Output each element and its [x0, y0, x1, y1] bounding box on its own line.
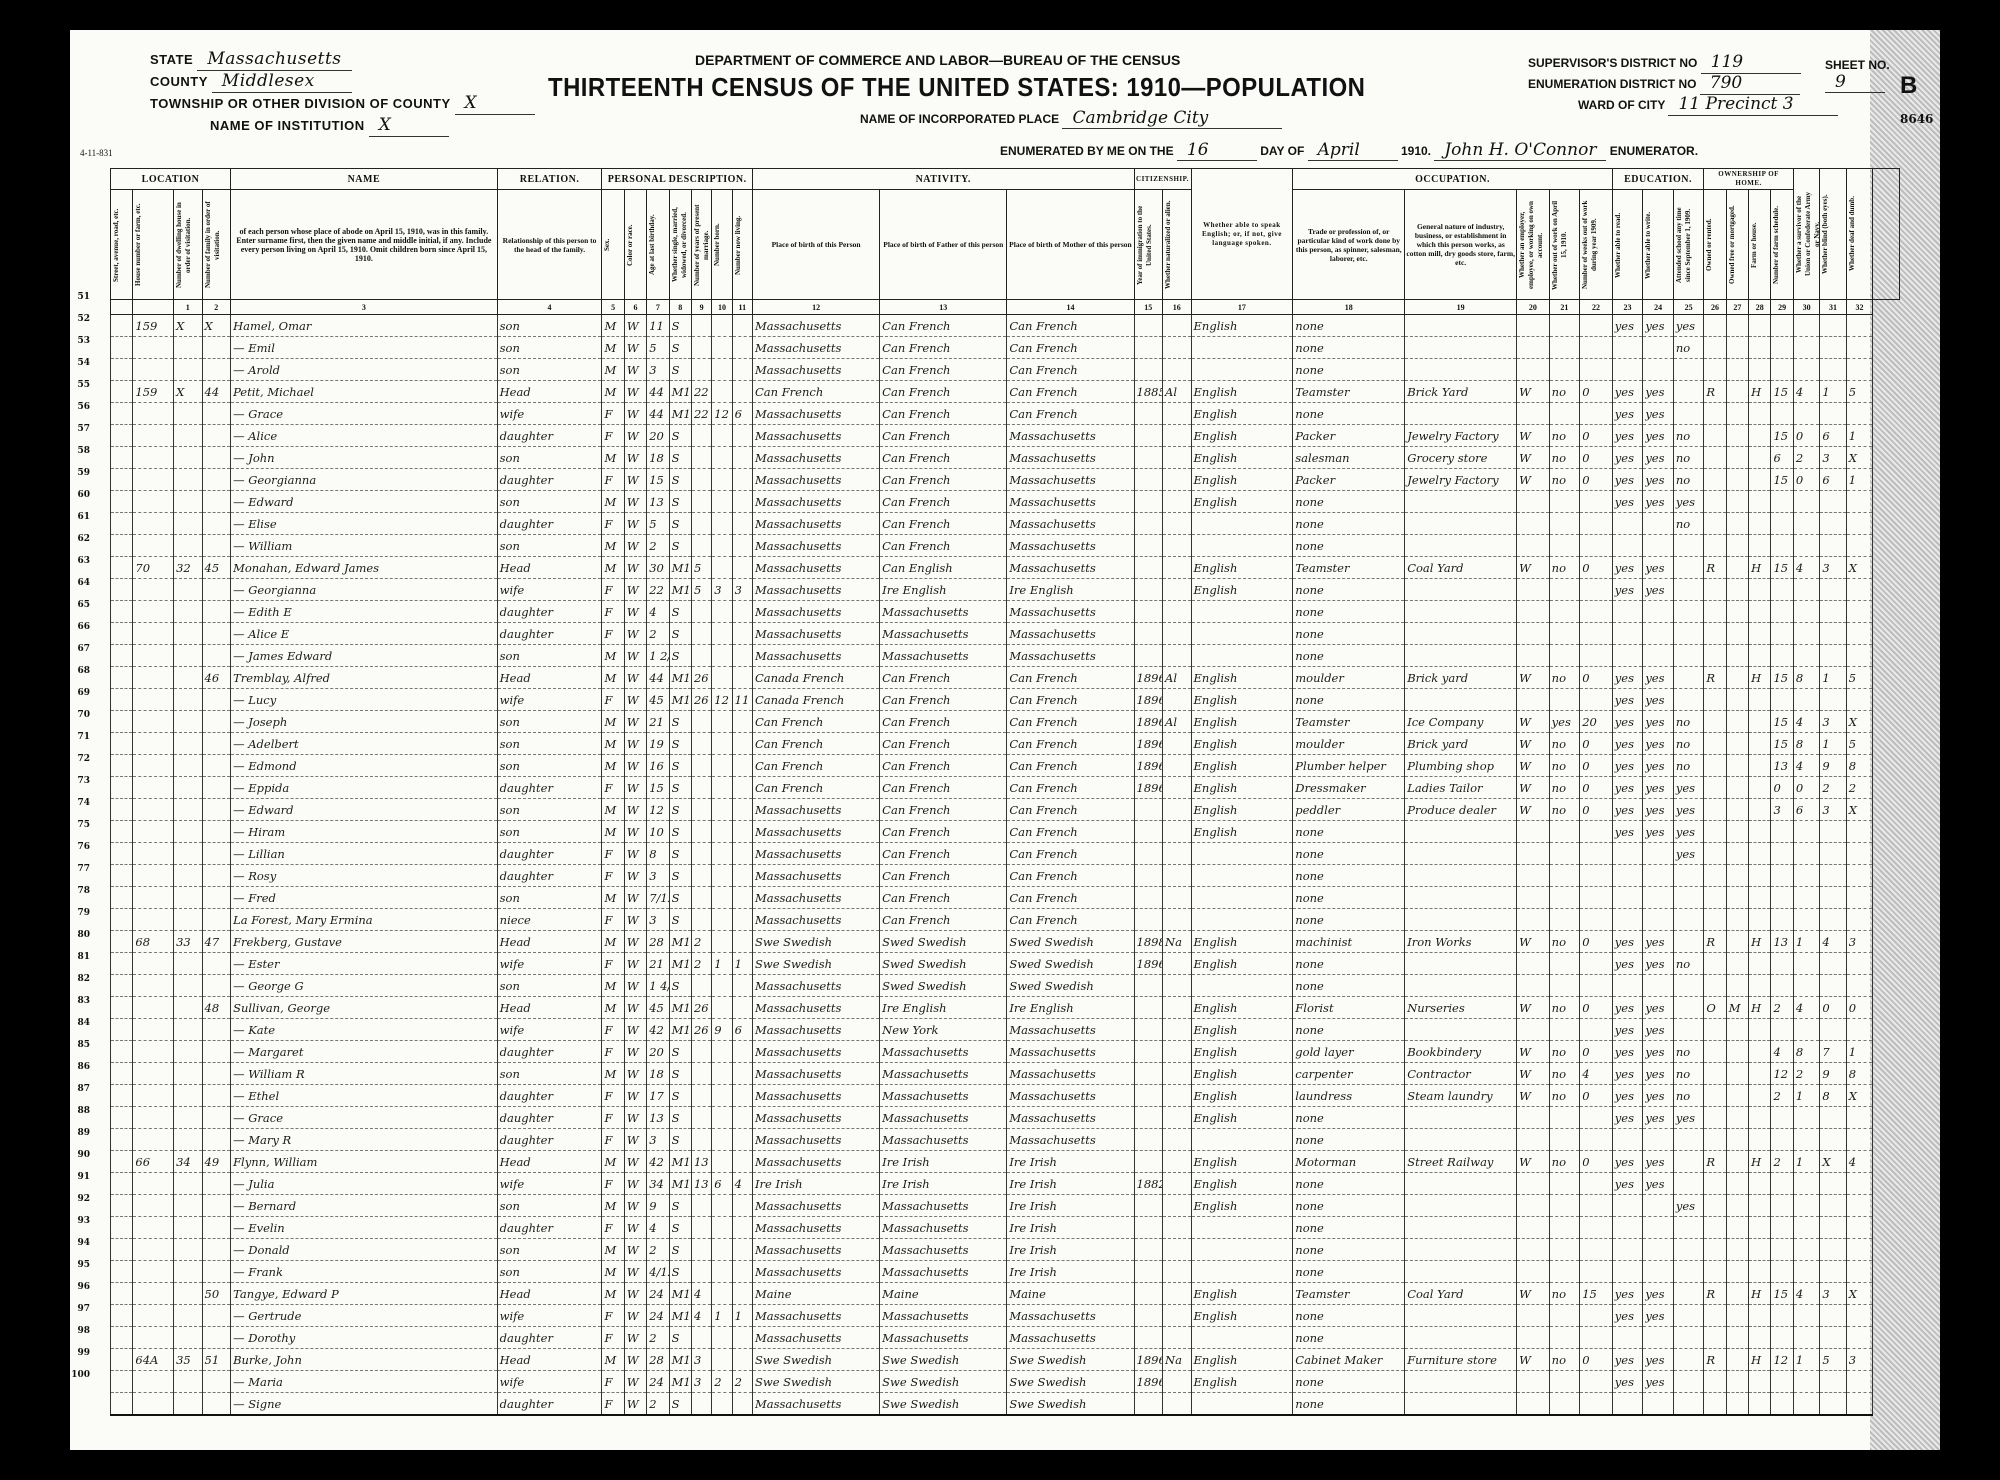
cell-street	[111, 1107, 133, 1129]
table-row: — Edith EdaughterFW4SMassachusettsMassac…	[111, 601, 1900, 623]
cell-nat	[1163, 1107, 1192, 1129]
cell-write	[1643, 1261, 1674, 1283]
cell-farm: H	[1749, 667, 1771, 689]
cell-relation: daughter	[497, 1129, 602, 1151]
cell-house	[133, 821, 174, 843]
cell-sex: M	[602, 931, 624, 953]
cell-ind: Nurseries	[1405, 997, 1517, 1019]
column-number: 10	[712, 300, 732, 315]
cell-dwelling	[174, 1041, 202, 1063]
cell-read	[1612, 1129, 1643, 1151]
line-number: 89	[60, 1122, 90, 1144]
cell-c31	[1820, 1393, 1846, 1416]
cell-oow	[1549, 535, 1580, 557]
line-number: 84	[60, 1012, 90, 1034]
cell-yrs: 26	[691, 997, 711, 1019]
cell-race: W	[624, 1283, 646, 1305]
cell-marital: M1	[669, 689, 691, 711]
cell-school	[1673, 909, 1704, 931]
census-table: LOCATION NAME RELATION. PERSONAL DESCRIP…	[110, 168, 1900, 1416]
cell-c29	[1771, 491, 1793, 513]
cell-street	[111, 1173, 133, 1195]
cell-bm: Massachusetts	[1007, 1107, 1134, 1129]
cell-sex: M	[602, 645, 624, 667]
cell-trade: salesman	[1293, 447, 1405, 469]
cell-age: 3	[647, 359, 669, 381]
table-row: — HiramsonMW10SMassachusettsCan FrenchCa…	[111, 821, 1900, 843]
cell-ind: Brick yard	[1405, 733, 1517, 755]
cell-yrs	[691, 1085, 711, 1107]
cell-house	[133, 645, 174, 667]
state-value: Massachusetts	[197, 48, 351, 71]
cell-own	[1704, 579, 1726, 601]
cell-oow	[1549, 1195, 1580, 1217]
column-number: 31	[1820, 300, 1846, 315]
cell-sex: M	[602, 1261, 624, 1283]
cell-emp	[1517, 843, 1550, 865]
cell-emp	[1517, 1019, 1550, 1041]
cell-nat: Na	[1163, 1349, 1192, 1371]
cell-oow	[1549, 909, 1580, 931]
cell-farm	[1749, 887, 1771, 909]
cell-street	[111, 579, 133, 601]
cell-street	[111, 425, 133, 447]
column-number: 18	[1293, 300, 1405, 315]
cell-lang	[1191, 535, 1293, 557]
line-number: 75	[60, 814, 90, 836]
cell-bf: Can French	[880, 513, 1007, 535]
cell-wks: 0	[1580, 799, 1613, 821]
cell-age: 2	[647, 1239, 669, 1261]
cell-ind	[1405, 1195, 1517, 1217]
cell-dwelling	[174, 777, 202, 799]
cell-relation: wife	[497, 689, 602, 711]
cell-born	[712, 1283, 732, 1305]
cell-oow: no	[1549, 1063, 1580, 1085]
cell-trade: none	[1293, 909, 1405, 931]
cell-family	[202, 953, 231, 975]
cell-living	[732, 1217, 752, 1239]
table-row: 663449Flynn, WilliamHeadMW42M113Massachu…	[111, 1151, 1900, 1173]
cell-mort	[1726, 1305, 1748, 1327]
cell-write	[1643, 1393, 1674, 1416]
cell-yrs	[691, 425, 711, 447]
cell-bm: Swe Swedish	[1007, 1349, 1134, 1371]
cell-c29: 15	[1771, 469, 1793, 491]
cell-farm	[1749, 1393, 1771, 1416]
cell-name: Petit, Michael	[231, 381, 498, 403]
cell-relation: son	[497, 359, 602, 381]
cell-lang: English	[1191, 1151, 1293, 1173]
cell-imm	[1134, 557, 1162, 579]
line-number: 90	[60, 1144, 90, 1166]
cell-farm	[1749, 777, 1771, 799]
line-number: 51	[60, 286, 90, 308]
cell-ind: Grocery store	[1405, 447, 1517, 469]
cell-living	[732, 1239, 752, 1261]
cell-race: W	[624, 777, 646, 799]
cell-marital: S	[669, 1195, 691, 1217]
cell-dwelling	[174, 733, 202, 755]
line-number: 91	[60, 1166, 90, 1188]
place-label: NAME OF INCORPORATED PLACE	[860, 112, 1059, 126]
cell-write	[1643, 1327, 1674, 1349]
cell-mort	[1726, 667, 1748, 689]
cell-marital: M1	[669, 1283, 691, 1305]
cell-imm	[1134, 997, 1162, 1019]
cell-sex: M	[602, 315, 624, 337]
cell-c32: 0	[1846, 997, 1872, 1019]
cell-house	[133, 1041, 174, 1063]
cell-relation: son	[497, 1261, 602, 1283]
cell-read: yes	[1612, 755, 1643, 777]
cell-emp: W	[1517, 1085, 1550, 1107]
cell-c29: 2	[1771, 997, 1793, 1019]
cell-race: W	[624, 1393, 646, 1416]
cell-sex: F	[602, 953, 624, 975]
cell-bf: Can French	[880, 909, 1007, 931]
cell-read	[1612, 1327, 1643, 1349]
cell-bp: Ire Irish	[752, 1173, 879, 1195]
cell-born: 9	[712, 1019, 732, 1041]
cell-c30	[1793, 359, 1819, 381]
cell-own	[1704, 1195, 1726, 1217]
cell-name: — Signe	[231, 1393, 498, 1416]
cell-house	[133, 513, 174, 535]
cell-yrs	[691, 1195, 711, 1217]
cell-bp: Massachusetts	[752, 403, 879, 425]
cell-name: Sullivan, George	[231, 997, 498, 1019]
cell-race: W	[624, 359, 646, 381]
cell-ind	[1405, 975, 1517, 997]
cell-nat	[1163, 1085, 1192, 1107]
cell-farm	[1749, 1019, 1771, 1041]
cell-house	[133, 1305, 174, 1327]
cell-farm: H	[1749, 381, 1771, 403]
cell-farm: H	[1749, 931, 1771, 953]
cell-bm: Ire Irish	[1007, 1173, 1134, 1195]
cell-born: 1	[712, 953, 732, 975]
line-number: 56	[60, 396, 90, 418]
cell-lang	[1191, 337, 1293, 359]
cell-marital: M1	[669, 953, 691, 975]
cell-ind	[1405, 337, 1517, 359]
cell-name: — Edmond	[231, 755, 498, 777]
cell-mort	[1726, 733, 1748, 755]
cell-name: — William	[231, 535, 498, 557]
cell-emp: W	[1517, 1283, 1550, 1305]
cell-street	[111, 623, 133, 645]
column-number: 25	[1673, 300, 1704, 315]
line-number: 87	[60, 1078, 90, 1100]
cell-nat	[1163, 1173, 1192, 1195]
cell-age: 2	[647, 1393, 669, 1416]
cell-bp: Massachusetts	[752, 1129, 879, 1151]
line-number: 98	[60, 1320, 90, 1342]
cell-yrs: 26	[691, 667, 711, 689]
cell-farm	[1749, 1129, 1771, 1151]
line-number: 71	[60, 726, 90, 748]
cell-trade: none	[1293, 1019, 1405, 1041]
cell-living	[732, 843, 752, 865]
group-occupation: OCCUPATION.	[1293, 169, 1613, 190]
cell-sex: F	[602, 403, 624, 425]
cell-age: 34	[647, 1173, 669, 1195]
cell-c31	[1820, 887, 1846, 909]
cell-dwelling	[174, 821, 202, 843]
cell-oow	[1549, 579, 1580, 601]
cell-sex: F	[602, 601, 624, 623]
cell-imm	[1134, 623, 1162, 645]
cell-house	[133, 1173, 174, 1195]
cell-c31: 2	[1820, 777, 1846, 799]
cell-mort	[1726, 1327, 1748, 1349]
cell-street	[111, 667, 133, 689]
cell-house	[133, 777, 174, 799]
cell-name: — Emil	[231, 337, 498, 359]
cell-c31	[1820, 1305, 1846, 1327]
cell-house	[133, 1371, 174, 1393]
institution-label: NAME OF INSTITUTION	[210, 118, 365, 133]
cell-living	[732, 447, 752, 469]
cell-yrs: 4	[691, 1283, 711, 1305]
cell-nat	[1163, 491, 1192, 513]
cell-dwelling: X	[174, 381, 202, 403]
cell-bf: Can French	[880, 469, 1007, 491]
cell-own	[1704, 1327, 1726, 1349]
cell-c30	[1793, 909, 1819, 931]
cell-read: yes	[1612, 953, 1643, 975]
cell-emp	[1517, 315, 1550, 337]
header-marital: Whether single, married, widowed, or div…	[671, 200, 689, 290]
cell-ind: Street Railway	[1405, 1151, 1517, 1173]
cell-school	[1673, 1151, 1704, 1173]
cell-bp: Massachusetts	[752, 865, 879, 887]
cell-read: yes	[1612, 557, 1643, 579]
group-ownership: OWNERSHIP OF HOME.	[1704, 169, 1794, 190]
cell-c31	[1820, 535, 1846, 557]
cell-born	[712, 557, 732, 579]
cell-race: W	[624, 1173, 646, 1195]
cell-nat	[1163, 1041, 1192, 1063]
cell-house	[133, 623, 174, 645]
table-row: — WilliamsonMW2SMassachusettsCan FrenchM…	[111, 535, 1900, 557]
cell-write: yes	[1643, 579, 1674, 601]
cell-read: yes	[1612, 315, 1643, 337]
cell-nat	[1163, 1019, 1192, 1041]
cell-marital: S	[669, 799, 691, 821]
table-row: — GeorgiannawifeFW22M1533MassachusettsIr…	[111, 579, 1900, 601]
cell-emp	[1517, 1107, 1550, 1129]
cell-imm	[1134, 865, 1162, 887]
cell-marital: S	[669, 447, 691, 469]
cell-farm	[1749, 579, 1771, 601]
cell-race: W	[624, 667, 646, 689]
cell-family	[202, 359, 231, 381]
cell-emp	[1517, 1195, 1550, 1217]
cell-lang: English	[1191, 491, 1293, 513]
cell-relation: daughter	[497, 425, 602, 447]
cell-mort	[1726, 1019, 1748, 1041]
cell-house	[133, 1239, 174, 1261]
cell-school	[1673, 1239, 1704, 1261]
cell-wks: 0	[1580, 1151, 1613, 1173]
cell-write: yes	[1643, 689, 1674, 711]
cell-oow	[1549, 1129, 1580, 1151]
cell-mort	[1726, 843, 1748, 865]
cell-school: no	[1673, 711, 1704, 733]
cell-farm: H	[1749, 557, 1771, 579]
cell-farm	[1749, 799, 1771, 821]
cell-yrs: 22	[691, 381, 711, 403]
header-mortgage: Owned free or mortgaged.	[1728, 200, 1737, 290]
day-of-label: DAY OF	[1260, 144, 1304, 158]
group-education: EDUCATION.	[1612, 169, 1704, 190]
cell-house	[133, 403, 174, 425]
cell-read: yes	[1612, 997, 1643, 1019]
cell-write: yes	[1643, 1063, 1674, 1085]
cell-c30: 0	[1793, 469, 1819, 491]
cell-street	[111, 821, 133, 843]
cell-imm: 1885	[1134, 381, 1162, 403]
cell-race: W	[624, 557, 646, 579]
group-location: LOCATION	[111, 169, 231, 190]
cell-house	[133, 909, 174, 931]
header-right: SUPERVISOR'S DISTRICT NO 119 ENUMERATION…	[1528, 52, 1838, 115]
cell-family	[202, 1085, 231, 1107]
cell-read: yes	[1612, 491, 1643, 513]
group-nativity: NATIVITY.	[752, 169, 1134, 190]
cell-wks	[1580, 1173, 1613, 1195]
cell-house	[133, 1283, 174, 1305]
cell-family	[202, 777, 231, 799]
cell-oow	[1549, 1239, 1580, 1261]
cell-family	[202, 909, 231, 931]
cell-race: W	[624, 843, 646, 865]
cell-read	[1612, 601, 1643, 623]
cell-bp: Canada French	[752, 667, 879, 689]
cell-born	[712, 513, 732, 535]
cell-emp: W	[1517, 711, 1550, 733]
cell-relation: son	[497, 755, 602, 777]
cell-c30: 4	[1793, 557, 1819, 579]
cell-race: W	[624, 975, 646, 997]
cell-wks: 0	[1580, 997, 1613, 1019]
column-number: 7	[647, 300, 669, 315]
cell-bf: Ire Irish	[880, 1173, 1007, 1195]
cell-bp: Massachusetts	[752, 601, 879, 623]
cell-read: yes	[1612, 1019, 1643, 1041]
cell-nat	[1163, 557, 1192, 579]
cell-c29: 2	[1771, 1151, 1793, 1173]
cell-marital: S	[669, 337, 691, 359]
cell-lang: English	[1191, 1173, 1293, 1195]
line-number: 86	[60, 1056, 90, 1078]
cell-bf: Can French	[880, 777, 1007, 799]
line-number: 79	[60, 902, 90, 924]
cell-name: — Evelin	[231, 1217, 498, 1239]
cell-ind	[1405, 821, 1517, 843]
cell-c31	[1820, 315, 1846, 337]
cell-relation: son	[497, 733, 602, 755]
cell-ind: Coal Yard	[1405, 557, 1517, 579]
cell-bf: Swed Swedish	[880, 931, 1007, 953]
cell-wks	[1580, 491, 1613, 513]
cell-nat	[1163, 953, 1192, 975]
cell-imm: 1896	[1134, 1349, 1162, 1371]
cell-c30: 8	[1793, 1041, 1819, 1063]
cell-name: — Hiram	[231, 821, 498, 843]
cell-mort	[1726, 821, 1748, 843]
cell-bf: Massachusetts	[880, 1327, 1007, 1349]
cell-oow: no	[1549, 425, 1580, 447]
cell-bp: Massachusetts	[752, 1063, 879, 1085]
cell-c30: 4	[1793, 381, 1819, 403]
cell-sex: F	[602, 1129, 624, 1151]
cell-imm	[1134, 315, 1162, 337]
cell-own	[1704, 1305, 1726, 1327]
cell-sex: F	[602, 1217, 624, 1239]
cell-house	[133, 1327, 174, 1349]
cell-sex: F	[602, 425, 624, 447]
cell-name: — Margaret	[231, 1041, 498, 1063]
cell-sex: F	[602, 1371, 624, 1393]
header-relation: Relationship of this person to the head …	[497, 190, 602, 300]
cell-nat	[1163, 1129, 1192, 1151]
cell-trade: moulder	[1293, 733, 1405, 755]
cell-name: — Frank	[231, 1261, 498, 1283]
cell-lang	[1191, 601, 1293, 623]
cell-mort	[1726, 381, 1748, 403]
header-living: Number now living.	[734, 200, 743, 290]
line-number: 80	[60, 924, 90, 946]
cell-bf: Can French	[880, 843, 1007, 865]
cell-sex: M	[602, 733, 624, 755]
cell-name: — Ester	[231, 953, 498, 975]
cell-c31: 9	[1820, 1063, 1846, 1085]
cell-mort	[1726, 1371, 1748, 1393]
cell-emp: W	[1517, 931, 1550, 953]
cell-c29: 15	[1771, 425, 1793, 447]
cell-own	[1704, 909, 1726, 931]
supervisor-label: SUPERVISOR'S DISTRICT NO	[1528, 56, 1697, 70]
cell-own	[1704, 315, 1726, 337]
cell-ind	[1405, 1305, 1517, 1327]
cell-c32: X	[1846, 1085, 1872, 1107]
header-name: of each person whose place of abode on A…	[231, 190, 498, 300]
cell-trade: Dressmaker	[1293, 777, 1405, 799]
cell-c31	[1820, 1195, 1846, 1217]
cell-c31: 8	[1820, 1085, 1846, 1107]
cell-c30	[1793, 1239, 1819, 1261]
cell-imm	[1134, 1129, 1162, 1151]
cell-wks: 0	[1580, 381, 1613, 403]
column-numbers: 1234567891011121314151617181920212223242…	[111, 300, 1900, 315]
cell-name: — Alice E	[231, 623, 498, 645]
cell-c32	[1846, 1305, 1872, 1327]
cell-bp: Massachusetts	[752, 623, 879, 645]
cell-school: no	[1673, 513, 1704, 535]
cell-dwelling	[174, 1239, 202, 1261]
cell-c29	[1771, 1129, 1793, 1151]
cell-farm	[1749, 623, 1771, 645]
cell-emp	[1517, 337, 1550, 359]
cell-wks	[1580, 1019, 1613, 1041]
cell-oow: no	[1549, 997, 1580, 1019]
cell-living	[732, 1393, 752, 1416]
table-row: — EsterwifeFW21M1211Swe SwedishSwed Swed…	[111, 953, 1900, 975]
cell-imm	[1134, 1305, 1162, 1327]
